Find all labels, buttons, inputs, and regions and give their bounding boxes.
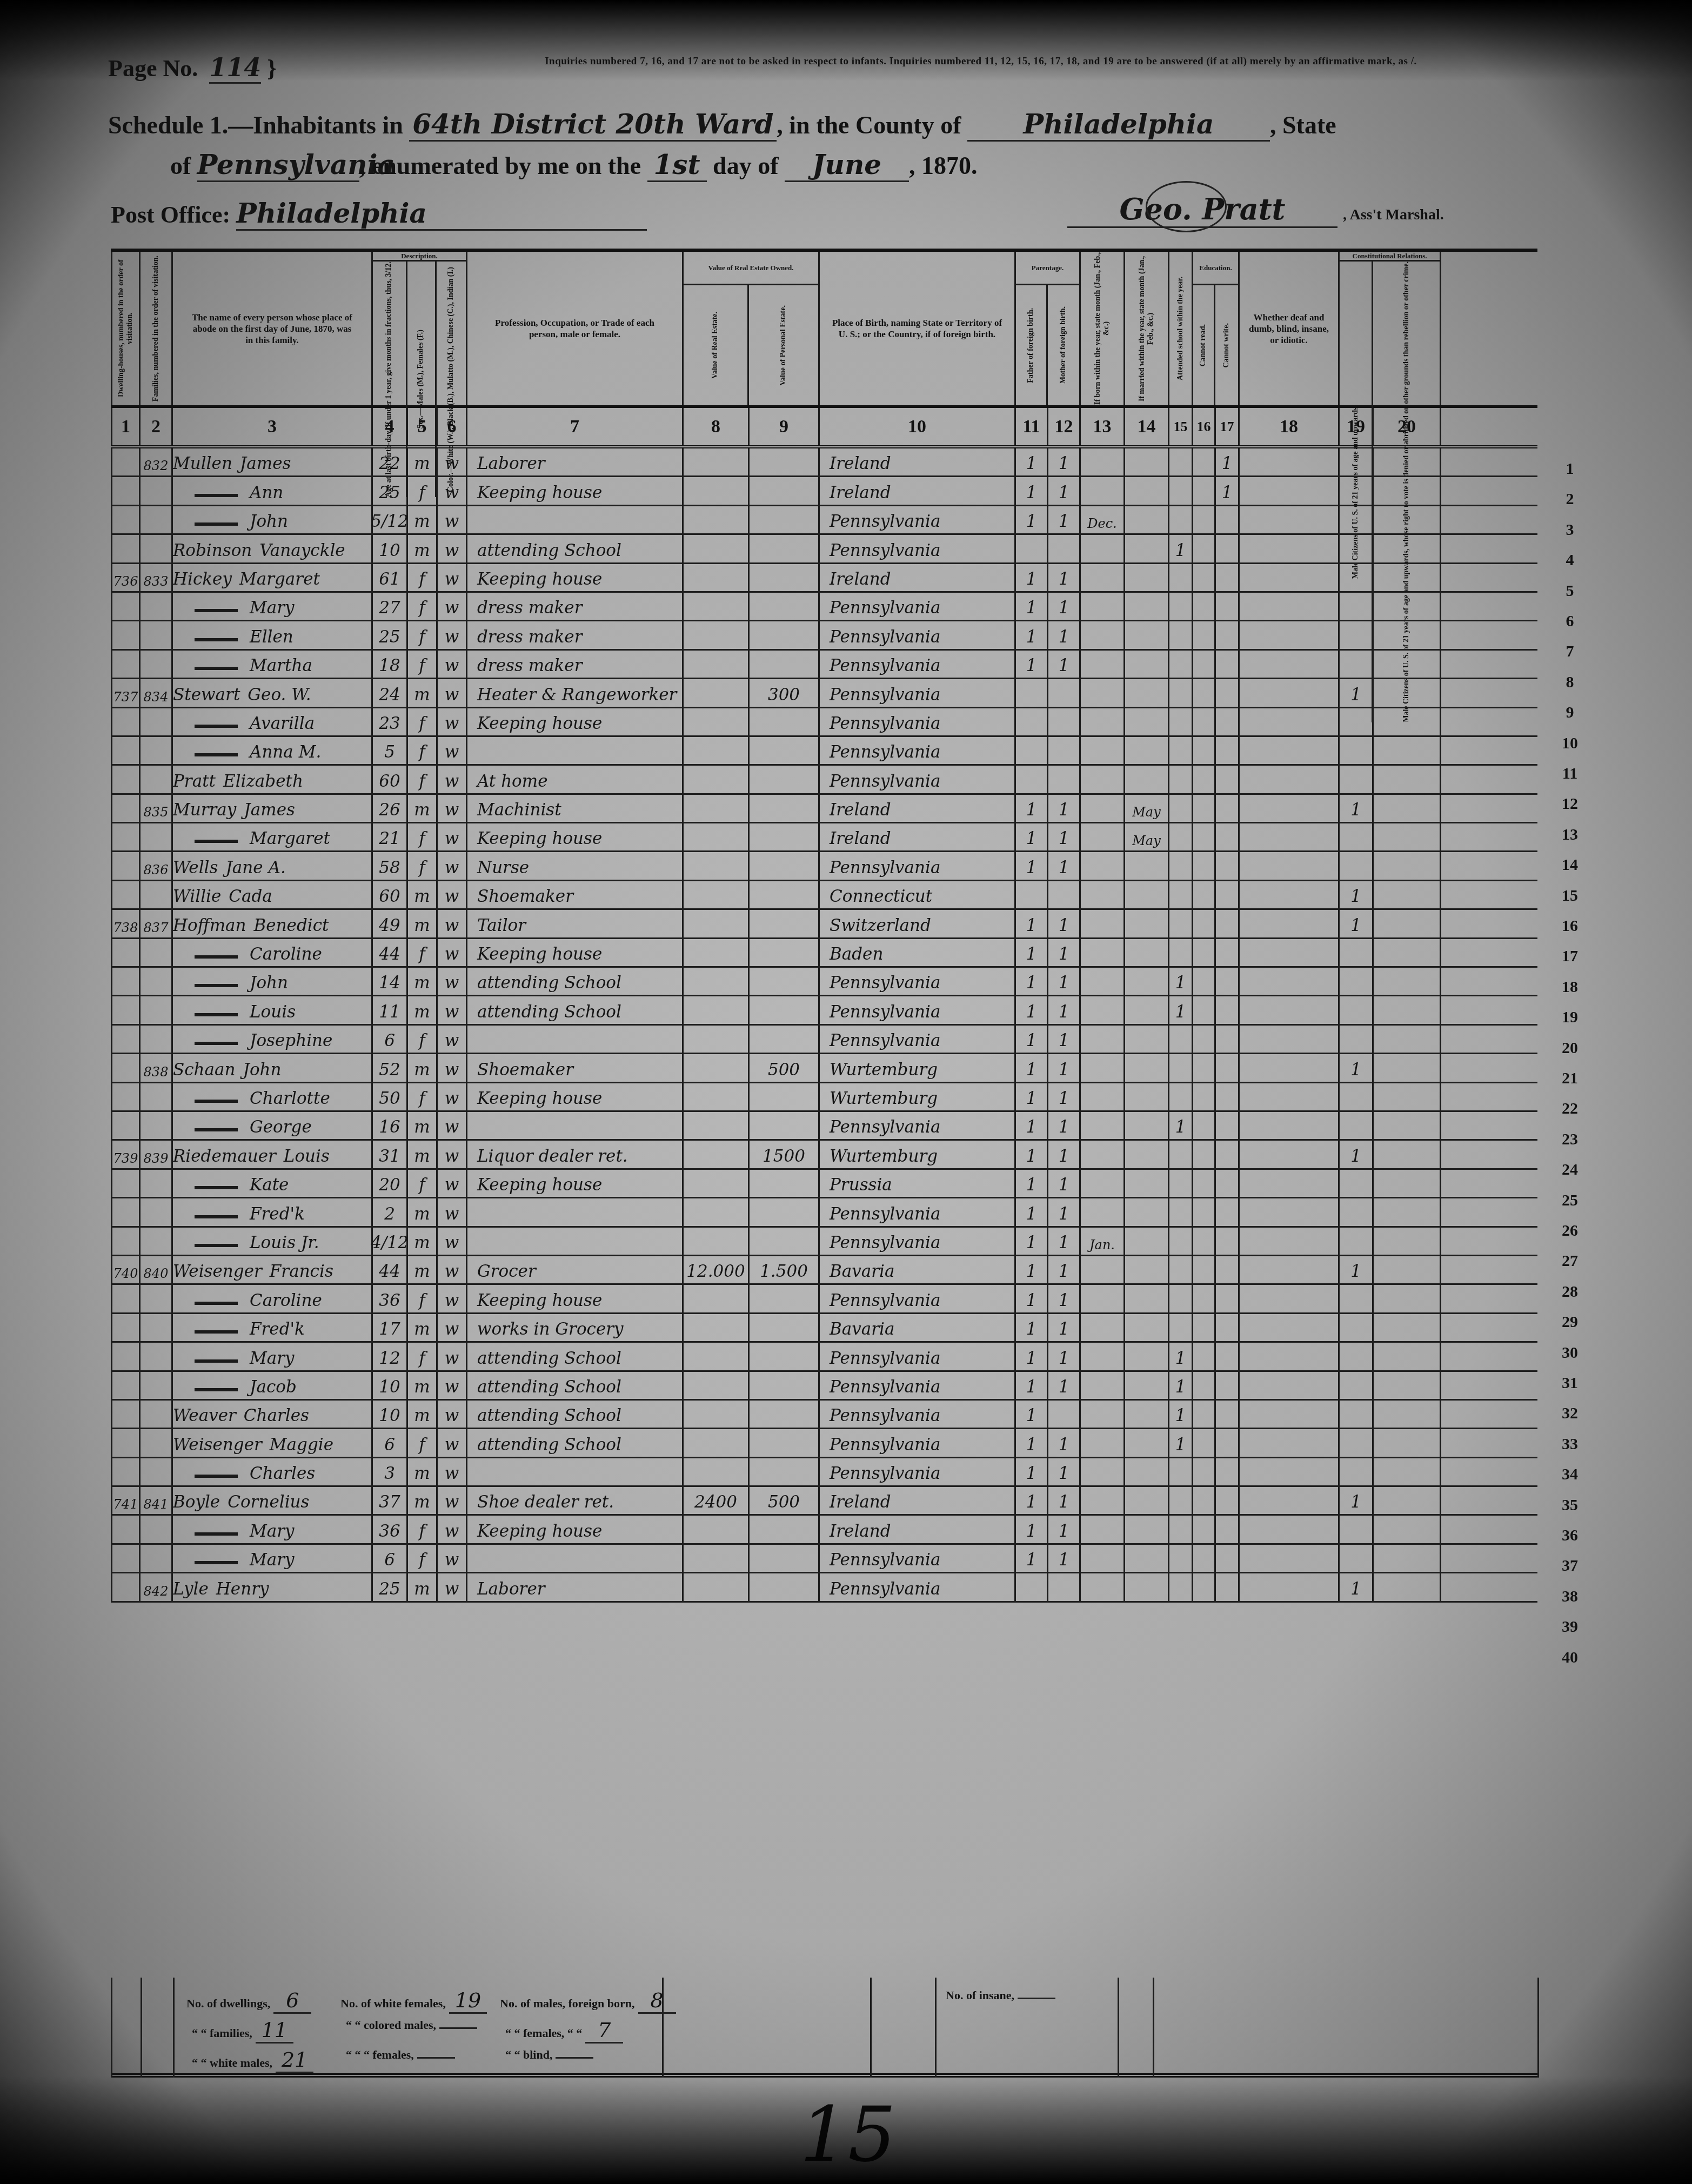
- cell-birthplace: Baden: [820, 939, 1016, 966]
- cell-c12: [1048, 881, 1081, 908]
- cell-color: w: [438, 1026, 467, 1053]
- cell-name: George: [173, 1112, 373, 1139]
- cell-name: Ann: [173, 477, 373, 504]
- cell-c16: [1193, 506, 1216, 533]
- cell-c18: [1240, 795, 1340, 822]
- line-number: 16: [1554, 917, 1586, 935]
- line-number: 37: [1554, 1557, 1586, 1575]
- col-header-16: Cannot read.: [1193, 285, 1215, 405]
- occupation-value: Keeping house: [467, 1522, 602, 1541]
- day-of-label: day of: [713, 152, 778, 179]
- c12-value: 1: [1059, 1204, 1069, 1224]
- cell-c19: [1340, 823, 1374, 850]
- cell-sex: f: [408, 1285, 438, 1312]
- cell-family: 837: [141, 910, 173, 937]
- cell-dwelling: [111, 1314, 141, 1341]
- of-label: of: [170, 152, 191, 179]
- c19-value: 1: [1350, 800, 1361, 820]
- cell-personal: [750, 1285, 820, 1312]
- cell-age: 36: [373, 1285, 408, 1312]
- cell-real: [684, 766, 750, 793]
- cell-age: 24: [373, 679, 408, 706]
- c11-value: 1: [1026, 454, 1037, 473]
- cell-c19: [1340, 593, 1374, 620]
- cell-c20: [1374, 852, 1441, 879]
- cell-c19: 1: [1340, 910, 1374, 937]
- c12-value: 1: [1059, 1464, 1069, 1483]
- month-value: June: [785, 149, 909, 182]
- cell-color: w: [438, 1256, 467, 1283]
- c14-value: May: [1132, 805, 1160, 820]
- cell-name: Mary: [173, 593, 373, 620]
- occupation-value: Grocer: [467, 1262, 536, 1281]
- line-number: 14: [1554, 856, 1586, 874]
- cell-occupation: At home: [467, 766, 684, 793]
- color-value: w: [445, 1002, 459, 1022]
- table-row: 836WellsJane A.58fwNursePennsylvania11: [111, 852, 1537, 881]
- ditto-dash-icon: [195, 1561, 238, 1564]
- cell-c11: 1: [1016, 1170, 1048, 1197]
- line-number: 6: [1554, 612, 1586, 631]
- birthplace-value: Ireland: [820, 1522, 891, 1541]
- cell-dwelling: [111, 1545, 141, 1572]
- line-number: 20: [1554, 1039, 1586, 1057]
- cell-personal: [750, 968, 820, 995]
- c12-value: 1: [1059, 454, 1069, 473]
- ditto-dash-icon: [195, 955, 238, 959]
- cell-dwelling: [111, 1054, 141, 1081]
- cell-c18: [1240, 910, 1340, 937]
- cell-c19: [1340, 448, 1374, 475]
- age-value: 10: [379, 1406, 400, 1425]
- line-number: 32: [1554, 1404, 1586, 1423]
- cell-c13: [1081, 968, 1125, 995]
- cell-c15: [1169, 737, 1193, 764]
- birthplace-value: Ireland: [820, 829, 891, 848]
- cell-real: [684, 1372, 750, 1399]
- cell-c19: 1: [1340, 679, 1374, 706]
- dwelling-value: 736: [113, 574, 138, 589]
- cell-c13: [1081, 1314, 1125, 1341]
- sex-value: m: [414, 454, 430, 473]
- given-name: Ann: [250, 483, 283, 503]
- c11-value: 1: [1026, 1175, 1037, 1195]
- cell-c18: [1240, 621, 1340, 648]
- color-value: w: [445, 1147, 459, 1166]
- sex-value: f: [419, 944, 425, 964]
- cell-occupation: Keeping house: [467, 823, 684, 850]
- c11-value: 1: [1026, 1377, 1037, 1397]
- ditto-dash-icon: [195, 638, 238, 641]
- cell-color: w: [438, 766, 467, 793]
- table-row: Jacob10mwattending SchoolPennsylvania111: [111, 1372, 1537, 1401]
- cell-c18: [1240, 1573, 1340, 1600]
- cell-c13: [1081, 939, 1125, 966]
- cell-c17: [1216, 621, 1240, 648]
- summary-foreign-males: No. of males, foreign born,8: [500, 1988, 679, 2014]
- cell-family: [141, 996, 173, 1023]
- line-number: 26: [1554, 1222, 1586, 1240]
- color-value: w: [445, 887, 459, 906]
- cell-age: 11: [373, 996, 408, 1023]
- personal-value: 500: [768, 1060, 800, 1080]
- occupation-value: Keeping house: [467, 714, 602, 733]
- cell-color: w: [438, 823, 467, 850]
- cell-c20: [1374, 1256, 1441, 1283]
- cell-c15: [1169, 1487, 1193, 1514]
- cell-c16: [1193, 1516, 1216, 1543]
- cell-c16: [1193, 535, 1216, 562]
- cell-name: Caroline: [173, 939, 373, 966]
- given-name: Geo. W.: [248, 685, 311, 705]
- cell-personal: [750, 795, 820, 822]
- c11-value: 1: [1026, 1435, 1037, 1455]
- cell-birthplace: Pennsylvania: [820, 1198, 1016, 1225]
- cell-c15: [1169, 651, 1193, 678]
- cell-color: w: [438, 1573, 467, 1600]
- cell-name: Anna M.: [173, 737, 373, 764]
- cell-age: 23: [373, 708, 408, 735]
- summary-colored-males: “ “ colored males,: [346, 2018, 480, 2032]
- cell-dwelling: 736: [111, 564, 141, 591]
- c11-value: 1: [1026, 1031, 1037, 1050]
- cell-name: WillieCada: [173, 881, 373, 908]
- sex-value: m: [414, 512, 430, 531]
- family-value: 836: [144, 862, 169, 877]
- color-value: w: [445, 1204, 459, 1224]
- cell-color: w: [438, 448, 467, 475]
- cell-c14: [1125, 1458, 1169, 1485]
- given-name: Louis Jr.: [250, 1233, 319, 1252]
- cell-family: [141, 1026, 173, 1053]
- c12-value: 1: [1059, 1435, 1069, 1455]
- cell-c12: [1048, 737, 1081, 764]
- birthplace-value: Pennsylvania: [820, 1435, 940, 1455]
- sex-value: f: [419, 1031, 425, 1050]
- col-header-17: Cannot write.: [1215, 285, 1238, 405]
- cell-color: w: [438, 1228, 467, 1255]
- cell-c11: 1: [1016, 968, 1048, 995]
- birthplace-value: Pennsylvania: [820, 656, 940, 675]
- cell-name: Charles: [173, 1458, 373, 1485]
- cell-family: 834: [141, 679, 173, 706]
- cell-age: 58: [373, 852, 408, 879]
- cell-c17: 1: [1216, 448, 1240, 475]
- line-number: 34: [1554, 1465, 1586, 1484]
- cell-name: Martha: [173, 651, 373, 678]
- cell-color: w: [438, 968, 467, 995]
- cell-age: 5/12: [373, 506, 408, 533]
- cell-occupation: Keeping house: [467, 477, 684, 504]
- cell-personal: [750, 823, 820, 850]
- cell-c20: [1374, 1429, 1441, 1456]
- sex-value: m: [414, 1002, 430, 1022]
- cell-occupation: dress maker: [467, 621, 684, 648]
- c12-value: 1: [1059, 800, 1069, 820]
- cell-birthplace: Pennsylvania: [820, 535, 1016, 562]
- cell-c14: [1125, 1314, 1169, 1341]
- cell-c18: [1240, 1314, 1340, 1341]
- cell-c12: 1: [1048, 852, 1081, 879]
- table-row: Mary27fwdress makerPennsylvania11: [111, 593, 1537, 621]
- cell-c14: [1125, 1516, 1169, 1543]
- cell-age: 3: [373, 1458, 408, 1485]
- personal-value: 500: [768, 1492, 800, 1512]
- cell-real: [684, 1054, 750, 1081]
- cell-color: w: [438, 996, 467, 1023]
- col-num-14: 14: [1125, 408, 1169, 445]
- c17-value: 1: [1222, 483, 1233, 503]
- birthplace-value: Pennsylvania: [820, 973, 940, 993]
- cell-occupation: Keeping house: [467, 564, 684, 591]
- cell-name: MullenJames: [173, 448, 373, 475]
- table-row: 740840WeisengerFrancis44mwGrocer12.0001.…: [111, 1256, 1537, 1285]
- cell-c15: [1169, 593, 1193, 620]
- age-value: 27: [379, 598, 400, 618]
- cell-c12: [1048, 766, 1081, 793]
- cell-name: Jacob: [173, 1372, 373, 1399]
- cell-real: [684, 1026, 750, 1053]
- cell-c19: 1: [1340, 795, 1374, 822]
- c12-value: 1: [1059, 1262, 1069, 1281]
- cell-name: RiedemauerLouis: [173, 1141, 373, 1168]
- cell-c17: [1216, 651, 1240, 678]
- cell-c12: 1: [1048, 939, 1081, 966]
- cell-c15: [1169, 1285, 1193, 1312]
- cell-occupation: dress maker: [467, 651, 684, 678]
- c15-value: 1: [1175, 973, 1186, 993]
- cell-name: PrattElizabeth: [173, 766, 373, 793]
- census-table: Dwelling-houses, numbered in the order o…: [111, 249, 1537, 1603]
- cell-c15: 1: [1169, 1429, 1193, 1456]
- cell-c16: [1193, 823, 1216, 850]
- cell-dwelling: [111, 1401, 141, 1428]
- cell-sex: f: [408, 1083, 438, 1110]
- given-name: Mary: [250, 1550, 295, 1570]
- family-value: 837: [144, 920, 169, 935]
- cell-c13: [1081, 852, 1125, 879]
- cell-birthplace: Connecticut: [820, 881, 1016, 908]
- age-value: 2: [384, 1204, 395, 1224]
- cell-c16: [1193, 939, 1216, 966]
- cell-color: w: [438, 939, 467, 966]
- cell-occupation: attending School: [467, 1401, 684, 1428]
- cell-c12: 1: [1048, 1458, 1081, 1485]
- cell-sex: m: [408, 1112, 438, 1139]
- cell-personal: [750, 448, 820, 475]
- cell-c11: 1: [1016, 795, 1048, 822]
- cell-c13: [1081, 1573, 1125, 1600]
- occupation-value: Keeping house: [467, 1089, 602, 1108]
- cell-c11: 1: [1016, 1285, 1048, 1312]
- birthplace-value: Pennsylvania: [820, 772, 940, 791]
- age-value: 50: [379, 1089, 400, 1108]
- page-summary: No. of dwellings,6 “ “ families,11 “ “ w…: [111, 1978, 1537, 2078]
- cell-family: [141, 1343, 173, 1370]
- cell-personal: 500: [750, 1054, 820, 1081]
- cell-c20: [1374, 1573, 1441, 1600]
- cell-c18: [1240, 1198, 1340, 1225]
- cell-c14: [1125, 651, 1169, 678]
- ditto-dash-icon: [195, 1128, 238, 1131]
- cell-name: RobinsonVanayckle: [173, 535, 373, 562]
- cell-color: w: [438, 1458, 467, 1485]
- cell-age: 6: [373, 1026, 408, 1053]
- cell-sex: m: [408, 448, 438, 475]
- cell-c19: [1340, 996, 1374, 1023]
- cell-sex: m: [408, 996, 438, 1023]
- c15-value: 1: [1175, 1002, 1186, 1022]
- occupation-value: Keeping house: [467, 570, 602, 589]
- col-num-17: 17: [1216, 408, 1240, 445]
- cell-birthplace: Pennsylvania: [820, 1429, 1016, 1456]
- occupation-value: Shoe dealer ret.: [467, 1492, 614, 1512]
- cell-c16: [1193, 1429, 1216, 1456]
- cell-c19: [1340, 939, 1374, 966]
- surname: Boyle: [173, 1492, 220, 1512]
- cell-sex: m: [408, 910, 438, 937]
- cell-sex: f: [408, 708, 438, 735]
- cell-occupation: attending School: [467, 1343, 684, 1370]
- cell-dwelling: [111, 535, 141, 562]
- cell-name: Mary: [173, 1545, 373, 1572]
- cell-c17: [1216, 1026, 1240, 1053]
- surname: Hoffman: [173, 916, 246, 935]
- cell-c13: [1081, 535, 1125, 562]
- cell-dwelling: 740: [111, 1256, 141, 1283]
- col-header-9: Value of Personal Estate.: [749, 285, 818, 405]
- cell-c20: [1374, 996, 1441, 1023]
- enumeration-line: of Pennsylvania, enumerated by me on the…: [170, 149, 978, 182]
- given-name: Louis: [284, 1147, 330, 1166]
- surname: Hickey: [173, 570, 232, 589]
- birthplace-value: Ireland: [820, 454, 891, 473]
- birthplace-value: Ireland: [820, 483, 891, 503]
- table-row: 738837HoffmanBenedict49mwTailorSwitzerla…: [111, 910, 1537, 939]
- cell-c20: [1374, 737, 1441, 764]
- age-value: 60: [379, 887, 400, 906]
- cell-color: w: [438, 1516, 467, 1543]
- cell-c20: [1374, 708, 1441, 735]
- cell-personal: [750, 910, 820, 937]
- ditto-dash-icon: [195, 1186, 238, 1189]
- cell-real: [684, 477, 750, 504]
- cell-c15: [1169, 477, 1193, 504]
- cell-occupation: attending School: [467, 535, 684, 562]
- line-number: 7: [1554, 642, 1586, 661]
- line-number: 5: [1554, 582, 1586, 600]
- col-header-3: The name of every person whose place of …: [173, 252, 373, 405]
- cell-c17: [1216, 1458, 1240, 1485]
- c11-value: 1: [1026, 1233, 1037, 1252]
- cell-occupation: Shoe dealer ret.: [467, 1487, 684, 1514]
- col-num-15: 15: [1169, 408, 1193, 445]
- given-name: Benedict: [254, 916, 329, 935]
- c12-value: 1: [1059, 916, 1069, 935]
- group-education: Education. Cannot read. Cannot write.: [1193, 252, 1240, 405]
- cell-personal: [750, 708, 820, 735]
- cell-personal: [750, 1112, 820, 1139]
- cell-age: 26: [373, 795, 408, 822]
- cell-c17: [1216, 593, 1240, 620]
- occupation-value: Heater & Rangeworker: [467, 685, 677, 705]
- given-name: Ellen: [250, 627, 293, 647]
- birthplace-value: Wurtemburg: [820, 1060, 938, 1080]
- cell-personal: [750, 1545, 820, 1572]
- cell-c13: [1081, 679, 1125, 706]
- cell-c18: [1240, 708, 1340, 735]
- group-description: Description. Age at last birth-day. If u…: [373, 252, 467, 405]
- cell-c17: [1216, 1054, 1240, 1081]
- table-row: Louis Jr.4/12mwPennsylvania11Jan.: [111, 1228, 1537, 1256]
- ditto-dash-icon: [195, 1388, 238, 1391]
- cell-sex: f: [408, 651, 438, 678]
- table-row: WillieCada60mwShoemakerConnecticut1: [111, 881, 1537, 910]
- cell-c15: 1: [1169, 1343, 1193, 1370]
- table-row: Mary36fwKeeping houseIreland11: [111, 1516, 1537, 1544]
- birthplace-value: Pennsylvania: [820, 1291, 940, 1310]
- sex-value: m: [414, 1377, 430, 1397]
- occupation-value: Liquor dealer ret.: [467, 1147, 628, 1166]
- cell-c20: [1374, 1198, 1441, 1225]
- birthplace-value: Pennsylvania: [820, 1377, 940, 1397]
- cell-family: 832: [141, 448, 173, 475]
- cell-c13: [1081, 823, 1125, 850]
- cell-name: Caroline: [173, 1285, 373, 1312]
- ditto-dash-icon: [195, 1359, 238, 1363]
- cell-occupation: [467, 1026, 684, 1053]
- age-value: 3: [384, 1464, 395, 1483]
- cell-color: w: [438, 651, 467, 678]
- color-value: w: [445, 570, 459, 589]
- cell-c20: [1374, 1401, 1441, 1428]
- cell-family: [141, 1372, 173, 1399]
- cell-c17: [1216, 1573, 1240, 1600]
- age-value: 24: [379, 685, 400, 705]
- cell-birthplace: Pennsylvania: [820, 766, 1016, 793]
- cell-c20: [1374, 506, 1441, 533]
- cell-c19: [1340, 1026, 1374, 1053]
- cell-name: MurrayJames: [173, 795, 373, 822]
- col-num-2: 2: [141, 408, 173, 445]
- cell-c15: 1: [1169, 968, 1193, 995]
- county-value: Philadelphia: [967, 108, 1270, 142]
- cell-c13: [1081, 996, 1125, 1023]
- cell-c16: [1193, 1256, 1216, 1283]
- cell-birthplace: Pennsylvania: [820, 737, 1016, 764]
- cell-c11: 1: [1016, 621, 1048, 648]
- cell-c17: [1216, 1256, 1240, 1283]
- age-value: 58: [379, 858, 400, 877]
- cell-c14: [1125, 708, 1169, 735]
- given-name: Caroline: [250, 1291, 322, 1310]
- color-value: w: [445, 1262, 459, 1281]
- birthplace-value: Pennsylvania: [820, 1002, 940, 1022]
- c12-value: 1: [1059, 1319, 1069, 1339]
- cell-c17: [1216, 881, 1240, 908]
- sex-value: m: [414, 1406, 430, 1425]
- cell-sex: f: [408, 766, 438, 793]
- cell-age: 50: [373, 1083, 408, 1110]
- cell-dwelling: [111, 708, 141, 735]
- cell-c17: [1216, 910, 1240, 937]
- cell-real: [684, 621, 750, 648]
- cell-c17: [1216, 823, 1240, 850]
- col-header-11: Father of foreign birth.: [1016, 285, 1048, 405]
- given-name: Cornelius: [228, 1492, 309, 1512]
- cell-c11: 1: [1016, 1314, 1048, 1341]
- given-name: John: [243, 1060, 282, 1080]
